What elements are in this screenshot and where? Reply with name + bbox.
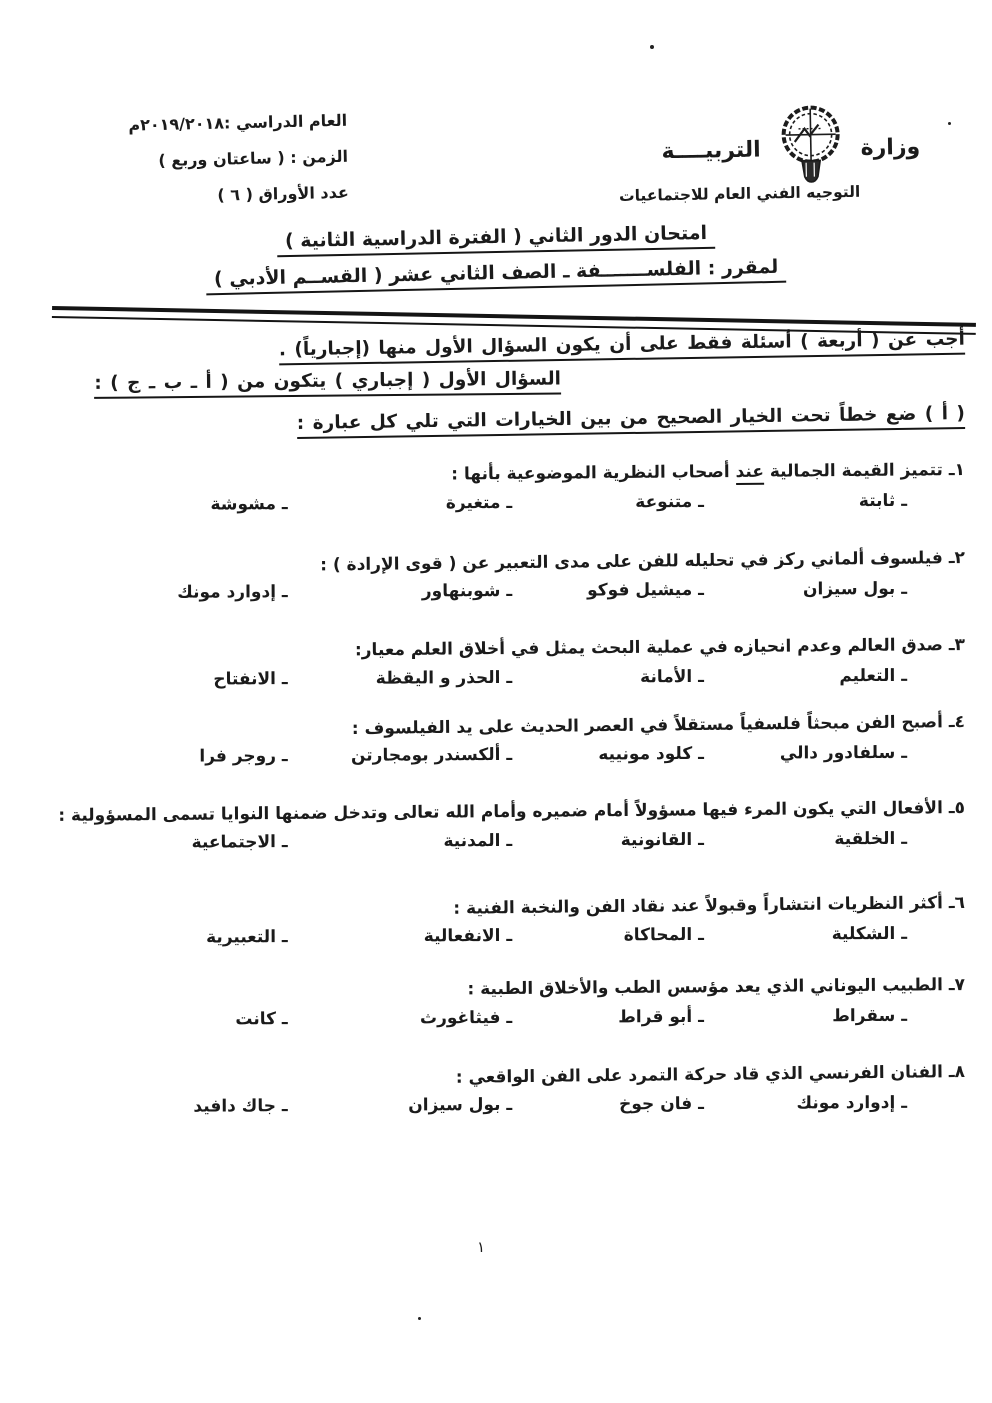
ministry-title-row: وزارة التربيــــة [615,107,966,191]
question-number: ٥ـ [943,798,965,818]
answer-option: ـ بول سيزان [304,1095,539,1116]
answer-option: ـ الاجتماعية [27,832,304,853]
answer-option: ـ التعليم [754,666,965,687]
instruction-line2: السؤال الأول ( إجباري ) يتكون من ( أ ـ ب… [28,368,561,399]
ministry-header: وزارة التربيــــة التوجيه الفني العام لل… [615,107,967,205]
answer-option: ـ الخلقية [754,829,965,850]
question-text: أصبح الفن مبحثاً فلسفياً مستقلاً في العص… [352,712,943,739]
answer-option: ـ ألكسندر بومجارتن [304,745,539,766]
answer-option: ـ سقراط [754,1006,965,1027]
question-block: ٨ـ الفنان الفرنسي الذي قاد حركة التمرد ع… [27,1062,965,1147]
answer-option: ـ الأمانة [538,667,754,688]
statement-text: أصبح الفن مبحثاً فلسفياً مستقلاً في العص… [352,712,943,739]
question-number: ١ـ [943,460,965,480]
statement-text: الأفعال التي يكون المرء فيها مسؤولاً أما… [58,798,943,826]
answer-option: ـ مشوشة [27,494,304,515]
question-options: ـ الخلقيةـ القانونيةـ المدنيةـ الاجتماعي… [27,829,965,854]
instruction-line3-text: ( أ ) ضع خطاً تحت الخيار الصحيح من بين ا… [297,403,965,439]
statement-text: الطبيب اليوناني الذي يعد مؤسس الطب والأخ… [467,975,943,999]
kuwait-emblem-icon [772,101,849,188]
question-statement: ٤ـ أصبح الفن مبحثاً فلسفياً مستقلاً في ا… [27,712,965,743]
answer-option: ـ روجر فرا [27,746,304,767]
question-number: ٤ـ [943,712,965,732]
question-block: ٢ـ فيلسوف ألماني ركز في تحليله للفن على … [27,548,965,635]
answer-option: ـ أبو قراط [538,1007,754,1028]
exam-title-block: امتحان الدور الثاني ( الفترة الدراسية ال… [0,226,992,289]
question-options: ـ سقراطـ أبو قراطـ فيثاغورثـ كانت [27,1006,965,1031]
instructions-block: أجب عن ( أربعة ) أسئلة فقط على أن يكون ا… [28,336,965,436]
statement-text: أصحاب النظرية الموضوعية بأنها : [451,462,735,484]
question-number: ٦ـ [943,893,965,913]
question-number: ٨ـ [943,1062,965,1082]
question-statement: ٦ـ أكثر النظريات انتشاراً وقبولاً عند نق… [27,893,965,924]
answer-option: ـ كانت [27,1009,304,1030]
question-statement: ٨ـ الفنان الفرنسي الذي قاد حركة التمرد ع… [27,1062,965,1093]
page-number: ١ [0,1238,962,1256]
instruction-line1: أجب عن ( أربعة ) أسئلة فقط على أن يكون ا… [28,329,965,370]
answer-option: ـ القانونية [538,830,754,851]
question-text: صدق العالم وعدم انحيازه في عملية البحث ي… [355,635,943,660]
answer-option: ـ إدوارد مونك [754,1093,965,1114]
question-options: ـ سلفادور داليـ كلود مونييهـ ألكسندر بوم… [27,743,965,768]
statement-text: تتميز القيمة الجمالية [764,460,943,482]
question-text: الأفعال التي يكون المرء فيها مسؤولاً أما… [58,798,943,826]
statement-text: الفنان الفرنسي الذي قاد حركة التمرد على … [456,1062,943,1088]
answer-option: ـ الشكلية [754,924,965,945]
scan-speck [418,1317,421,1320]
statement-text: أكثر النظريات انتشاراً وقبولاً عند نقاد … [453,893,943,919]
question-number: ٧ـ [943,975,965,995]
answer-option: ـ الانفتاح [27,669,304,690]
answer-option: ـ ثابتة [754,491,965,512]
answer-option: ـ الانفعالية [304,926,539,947]
answer-option: ـ فان جوخ [538,1094,754,1115]
answer-option: ـ سلفادور دالي [754,743,965,764]
question-statement: ٣ـ صدق العالم وعدم انحيازه في عملية البح… [27,635,965,663]
statement-text: فيلسوف ألماني ركز في تحليله للفن على مدى… [320,548,943,575]
ministry-name: التربيــــة [661,137,761,164]
ministry-word: وزارة [860,134,920,160]
question-options: ـ بول سيزانـ ميشيل فوكوـ شوبنهاورـ إدوار… [27,579,965,604]
exam-title-line2: لمقرر : الفلســـــــفة ـ الصف الثاني عشر… [206,256,787,296]
answer-option: ـ فيثاغورث [304,1008,539,1029]
papers-count: عدد الأوراق ( ٦ ) [58,175,349,218]
answer-option: ـ المدنية [304,831,539,852]
question-options: ـ الشكليةـ المحاكاةـ الانفعاليةـ التعبير… [27,924,965,949]
answer-option: ـ متغيرة [304,493,539,514]
question-text: الطبيب اليوناني الذي يعد مؤسس الطب والأخ… [467,975,943,999]
question-options: ـ إدوارد مونكـ فان جوخـ بول سيزانـ جاك د… [27,1093,965,1118]
question-block: ٣ـ صدق العالم وعدم انحيازه في عملية البح… [27,635,965,712]
question-options: ـ ثابتةـ متنوعةـ متغيرةـ مشوشة [27,491,965,516]
question-options: ـ التعليمـ الأمانةـ الحذر و اليقظةـ الان… [27,666,965,691]
answer-option: ـ بول سيزان [754,579,965,600]
answer-option: ـ شوبنهاور [304,581,539,602]
question-text: الفنان الفرنسي الذي قاد حركة التمرد على … [456,1062,943,1088]
exam-title-line1: امتحان الدور الثاني ( الفترة الدراسية ال… [277,222,716,257]
question-block: ٦ـ أكثر النظريات انتشاراً وقبولاً عند نق… [27,893,965,975]
question-text: تتميز القيمة الجمالية عند أصحاب النظرية … [451,460,943,485]
question-block: ٥ـ الأفعال التي يكون المرء فيها مسؤولاً … [27,798,965,893]
answer-option: ـ كلود مونييه [538,744,754,765]
answer-option: ـ التعبيرية [27,927,304,948]
question-statement: ١ـ تتميز القيمة الجمالية عند أصحاب النظر… [27,460,965,488]
scan-speck [650,45,654,49]
questions: ١ـ تتميز القيمة الجمالية عند أصحاب النظر… [27,460,965,1147]
scanned-exam-page: العام الدراسي :٢٠١٩/٢٠١٨م الزمن : ( ساعت… [0,0,992,1403]
question-block: ١ـ تتميز القيمة الجمالية عند أصحاب النظر… [27,460,965,548]
answer-option: ـ ميشيل فوكو [538,580,754,601]
instruction-line3: ( أ ) ضع خطاً تحت الخيار الصحيح من بين ا… [28,403,965,443]
statement-text: صدق العالم وعدم انحيازه في عملية البحث ي… [355,635,943,660]
scan-speck [948,122,951,125]
answer-option: ـ المحاكاة [538,925,754,946]
question-text: فيلسوف ألماني ركز في تحليله للفن على مدى… [320,548,943,575]
underlined-word: عند [735,462,764,485]
instruction-line1-text: أجب عن ( أربعة ) أسئلة فقط على أن يكون ا… [279,329,965,366]
question-text: أكثر النظريات انتشاراً وقبولاً عند نقاد … [453,893,943,919]
question-statement: ٧ـ الطبيب اليوناني الذي يعد مؤسس الطب وا… [27,975,965,1003]
question-block: ٧ـ الطبيب اليوناني الذي يعد مؤسس الطب وا… [27,975,965,1062]
answer-option: ـ إدوارد مونك [27,582,304,603]
question-number: ٣ـ [943,635,965,655]
question-number: ٢ـ [943,548,965,568]
question-statement: ٢ـ فيلسوف ألماني ركز في تحليله للفن على … [27,548,965,579]
question-statement: ٥ـ الأفعال التي يكون المرء فيها مسؤولاً … [27,798,965,826]
answer-option: ـ متنوعة [538,492,754,513]
answer-option: ـ جاك دافيد [27,1096,304,1117]
instruction-line2-text: السؤال الأول ( إجباري ) يتكون من ( أ ـ ب… [94,368,561,398]
exam-meta-block: العام الدراسي :٢٠١٩/٢٠١٨م الزمن : ( ساعت… [57,103,349,218]
answer-option: ـ الحذر و اليقظة [304,668,539,689]
question-block: ٤ـ أصبح الفن مبحثاً فلسفياً مستقلاً في ا… [27,712,965,798]
